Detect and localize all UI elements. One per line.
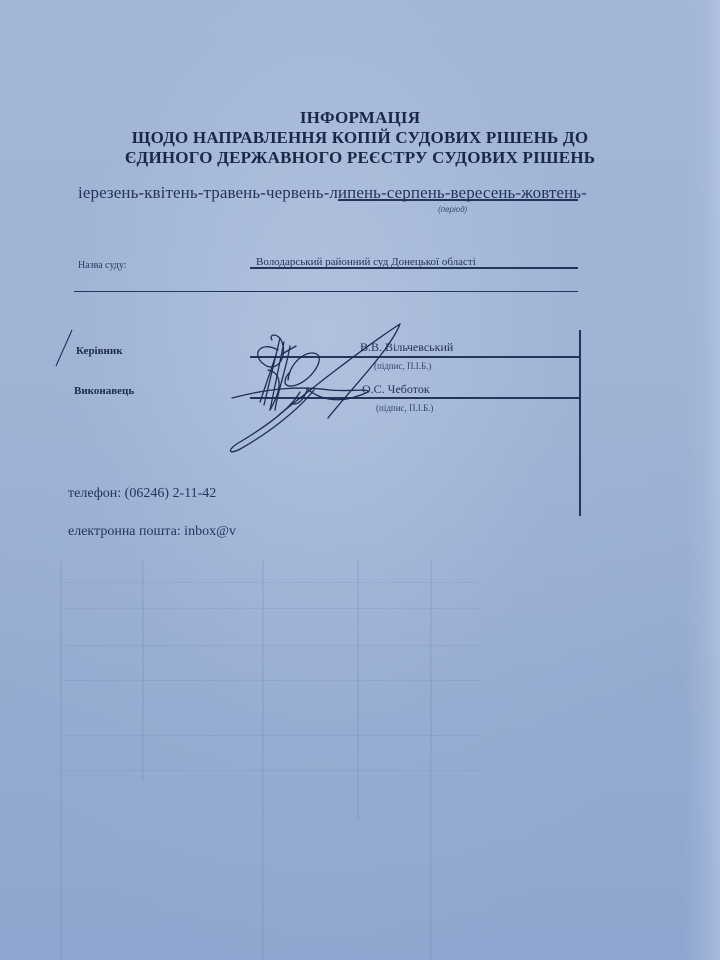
period-caption: (період) — [438, 205, 467, 214]
court-label: Назва суду: — [78, 260, 127, 271]
role-head: Керівник — [76, 345, 123, 357]
vertical-rule — [579, 330, 581, 516]
title-line-1: ІНФОРМАЦІЯ — [0, 108, 720, 128]
contact-phone: телефон: (06246) 2-11-42 — [68, 486, 216, 502]
court-second-line — [74, 291, 578, 292]
court-underline — [250, 267, 578, 269]
role-executor: Виконавець — [74, 385, 134, 397]
slash-mark — [52, 328, 76, 368]
contact-email: електронна пошта: inbox@v — [68, 524, 236, 540]
title-line-3: ЄДИНОГО ДЕРЖАВНОГО РЕЄСТРУ СУДОВИХ РІШЕН… — [0, 148, 720, 168]
period-underline — [338, 199, 578, 201]
signature-drawing — [220, 310, 420, 460]
title-line-2: ЩОДО НАПРАВЛЕННЯ КОПІЙ СУДОВИХ РІШЕНЬ ДО — [0, 128, 720, 148]
